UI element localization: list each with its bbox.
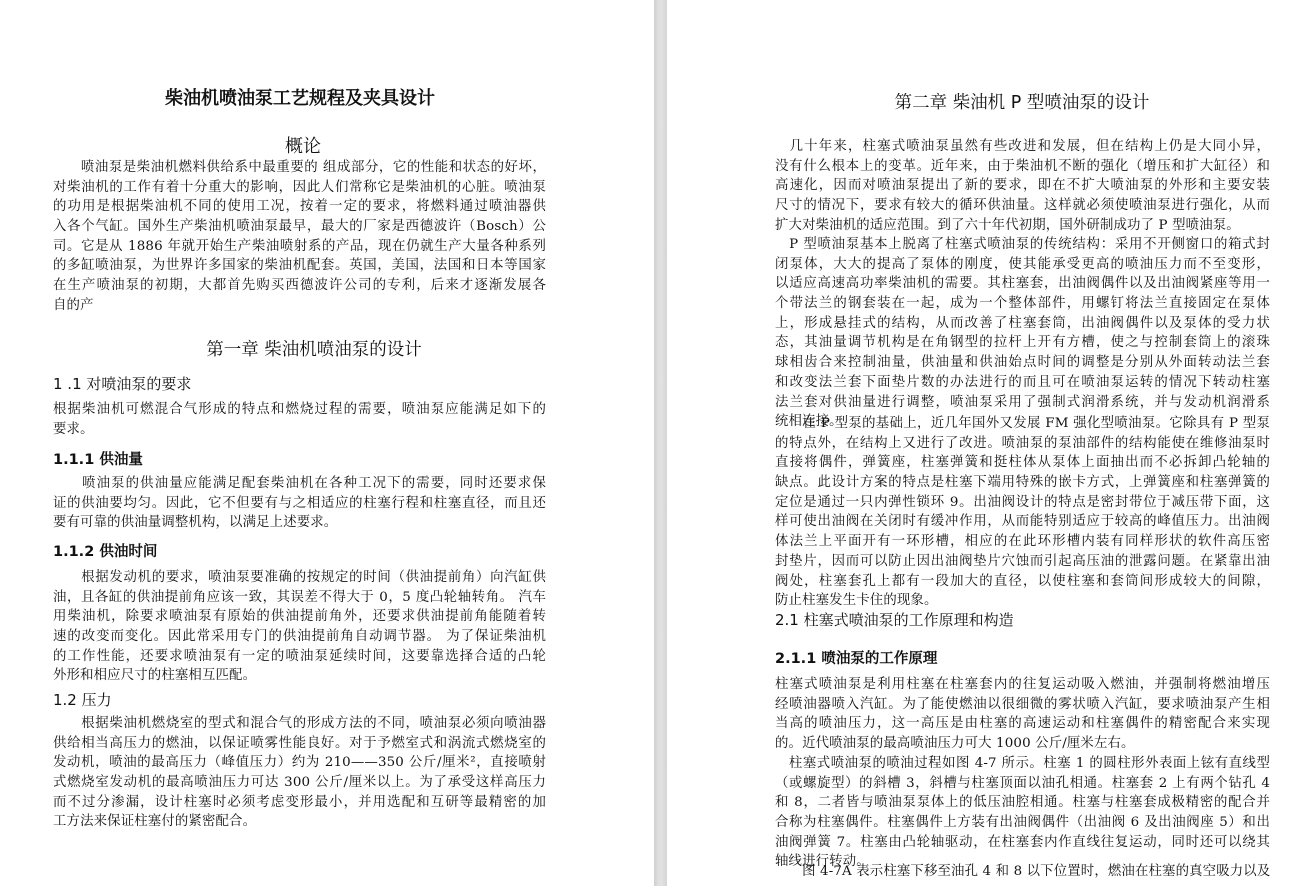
- text-line: 要求。: [53, 420, 546, 440]
- section-1-1-heading: 1 .1 对喷油泵的要求: [53, 373, 191, 394]
- text-line: 用柴油机，除要求喷油泵有原始的供油提前角外，还要求供油提前角能随着转: [53, 607, 546, 627]
- section-1-1-paragraph: 根据柴油机可燃混合气形成的特点和燃烧过程的需要，喷油泵应能满足如下的 要求。: [53, 400, 546, 439]
- chapter-2-paragraph-2: P 型喷油泵基本上脱离了柱塞式喷油泵的传统结构：采用不开侧窗口的箱式封 闭泵体，…: [775, 235, 1270, 432]
- text-line: 喷油泵的供油量应能满足配套柴油机在各种工况下的需要，同时还要求保: [53, 474, 546, 494]
- overview-heading: 概论: [0, 132, 606, 158]
- text-line: 当高的喷油压力，这一高压是由柱塞的高速运动和柱塞偶件的精密配合来实现: [775, 714, 1270, 734]
- section-2-1-1-paragraph-3: 图 4-7A 表示柱塞下移至油孔 4 和 8 以下位置时，燃油在柱塞的真空吸力以…: [775, 862, 1270, 882]
- section-2-1-1-heading: 2.1.1 喷油泵的工作原理: [775, 647, 937, 668]
- text-line: 根据发动机的要求，喷油泵要准确的按规定的时间（供油提前角）向汽缸供: [53, 568, 546, 588]
- section-2-1-1-paragraph-1: 柱塞式喷油泵是利用柱塞在柱塞套内的往复运动吸入燃油，并强制将燃油增压 经喷油器喷…: [775, 675, 1270, 754]
- text-line: 的工作性能，还要求喷油泵有一定的喷油泵延续时间，这要靠选择合适的凸轮: [53, 647, 546, 667]
- section-1-2-heading: 1.2 压力: [53, 689, 112, 710]
- text-line: 的特点外，在结构上又进行了改进。喷油泵的泵油部件的结构能使在维修油泵时: [775, 434, 1270, 454]
- text-line: 油阀弹簧 7。柱塞由凸轮轴驱动，在柱塞套内作直线往复运动，同时还可以绕其: [775, 833, 1270, 853]
- text-line: 球相齿合来控制油量，供油量和供油始点时间的调整是分别从外面转动法兰套: [775, 353, 1270, 373]
- text-line: 扩大对柴油机的适应范围。到了六十年代初期，国外研制成功了 P 型喷油泵。: [775, 216, 1270, 236]
- chapter-2-heading: 第二章 柴油机 P 型喷油泵的设计: [667, 89, 1309, 114]
- text-line: 而不过分渗漏，设计柱塞时必须考虑变形最小，并用选配和互研等最精密的加: [53, 793, 546, 813]
- text-line: 闭泵体，大大的提高了泵体的刚度，使其能承受更高的喷油压力而不至变形，: [775, 255, 1270, 275]
- text-line: 工方法来保证柱塞付的紧密配合。: [53, 812, 546, 832]
- text-line: 定位是通过一只内弹性锁环 9。出油阀设计的特点是密封带位于减压带下面，这: [775, 493, 1270, 513]
- text-line: 柱塞式喷油泵的喷油过程如图 4-7 所示。柱塞 1 的圆柱形外表面上铉有直线型: [775, 754, 1270, 774]
- text-line: 发动机，喷油的最高压力（峰值压力）约为 210——350 公斤/厘米²，直接喷射: [53, 753, 546, 773]
- section-2-1-heading: 2.1 柱塞式喷油泵的工作原理和构造: [775, 609, 1014, 630]
- chapter-2-paragraph-1: 几十年来，柱塞式喷油泵虽然有些改进和发展，但在结构上仍是大同小异， 没有什么根本…: [775, 137, 1270, 235]
- text-line: 态，其油量调节机构是在角钢型的拉杆上开有方槽，使之与控制套筒上的滚珠: [775, 333, 1270, 353]
- document-title: 柴油机喷油泵工艺规程及夹具设计: [0, 84, 600, 110]
- text-line: 尺寸的情况下，要求有较大的循环供油量。这样就必须使喷油泵进行强化，从而: [775, 196, 1270, 216]
- text-line: 和改变法兰套下面垫片数的办法进行的而且可在喷油泵运转的情况下转动柱塞: [775, 373, 1270, 393]
- text-line: 以适应高速高功率柴油机的需要。其柱塞套，出油阀偶件以及出油阀紧座等用一: [775, 274, 1270, 294]
- text-line: 法兰套对供油量进行调整，喷油泵采用了强制式润滑系统，并与发动机润滑系: [775, 393, 1270, 413]
- text-line: P 型喷油泵基本上脱离了柱塞式喷油泵的传统结构：采用不开侧窗口的箱式封: [775, 235, 1270, 255]
- text-line: 入各个气缸。国外生产柴油机喷油泵最早，最大的厂家是西德波许（Bosch）公: [53, 217, 546, 237]
- text-line: 的多缸喷油泵，为世界许多国家的柴油机配套。英国，美国，法国和日本等国家: [53, 256, 546, 276]
- section-1-1-2-heading: 1.1.2 供油时间: [53, 540, 157, 561]
- text-line: 经喷油器喷入汽缸。为了能使燃油以很细微的雾状喷入汽缸，要求喷油泵产生相: [775, 695, 1270, 715]
- section-2-1-1-paragraph-2: 柱塞式喷油泵的喷油过程如图 4-7 所示。柱塞 1 的圆柱形外表面上铉有直线型 …: [775, 754, 1270, 872]
- text-line: 防止柱塞发生卡住的现象。: [775, 591, 1270, 611]
- text-line: 油，且各缸的供油提前角应该一致，其误差不得大于 0，5 度凸轮轴转角。 汽车: [53, 588, 546, 608]
- text-line: 几十年来，柱塞式喷油泵虽然有些改进和发展，但在结构上仍是大同小异，: [775, 137, 1270, 157]
- text-line: 式燃烧室发动机的最高喷油压力可达 300 公斤/厘米以上。为了承受这样高压力: [53, 773, 546, 793]
- text-line: 样可使出油阀在关闭时有缓冲作用，从而能特别适应于较高的峰值压力。出油阀: [775, 512, 1270, 532]
- text-line: （或螺旋型）的斜槽 3，斜槽与柱塞顶面以油孔相通。柱塞套 2 上有两个钻孔 4: [775, 774, 1270, 794]
- text-line: 要有可靠的供油量调整机构，以满足上述要求。: [53, 513, 546, 533]
- text-line: 上，形成悬挂式的结构，从而改善了柱塞套筒，出油阀偶件以及泵体的受力状: [775, 314, 1270, 334]
- section-1-1-1-heading: 1.1.1 供油量: [53, 448, 143, 469]
- text-line: 体法兰上平面开有一环形槽，相应的在此环形槽内装有同样形状的软件高压密: [775, 532, 1270, 552]
- text-line: 柱塞式喷油泵是利用柱塞在柱塞套内的往复运动吸入燃油，并强制将燃油增压: [775, 675, 1270, 695]
- section-1-1-1-paragraph: 喷油泵的供油量应能满足配套柴油机在各种工况下的需要，同时还要求保 证的供油要均匀…: [53, 474, 546, 533]
- text-line: 合称为柱塞偶件。柱塞偶件上方装有出油阀偶件（出油阀 6 及出油阀座 5）和出: [775, 813, 1270, 833]
- chapter-1-heading: 第一章 柴油机喷油泵的设计: [0, 336, 628, 361]
- document-page-right: 第二章 柴油机 P 型喷油泵的设计 几十年来，柱塞式喷油泵虽然有些改进和发展，但…: [667, 0, 1309, 886]
- page-divider: [654, 0, 667, 886]
- text-line: 供给相当高压力的燃油，以保证喷雾性能良好。对于予燃室式和涡流式燃烧室的: [53, 734, 546, 754]
- chapter-2-paragraph-3: 在 P 型泵的基础上，近几年国外又发展 FM 强化型喷油泵。它除具有 P 型泵 …: [775, 414, 1270, 611]
- text-line: 图 4-7A 表示柱塞下移至油孔 4 和 8 以下位置时，燃油在柱塞的真空吸力以…: [775, 862, 1270, 882]
- text-line: 的功用是根据柴油机不同的使用工况，按着一定的要求，将燃料通过喷油器供: [53, 197, 546, 217]
- text-line: 缺点。此设计方案的特点是柱塞下端用特殊的嵌卡方式，上弹簧座和柱塞弹簧的: [775, 473, 1270, 493]
- text-line: 封垫片，因而可以防止因出油阀垫片穴蚀而引起高压油的泄露问题。在紧靠出油: [775, 552, 1270, 572]
- text-line: 司。它是从 1886 年就开始生产柴油喷射系的产品，现在仍就生产大量各种系列: [53, 237, 546, 257]
- text-line: 和 8，二者皆与喷油泵泵体上的低压油腔相通。柱塞与柱塞套成极精密的配合并: [775, 793, 1270, 813]
- text-line: 没有什么根本上的变革。近年来，由于柴油机不断的强化（增压和扩大缸径）和: [775, 157, 1270, 177]
- text-line: 阀处，柱塞套孔上都有一段加大的直径，以使柱塞和套筒间形成较大的间隙，: [775, 572, 1270, 592]
- text-line: 自的产: [53, 296, 546, 316]
- text-line: 在 P 型泵的基础上，近几年国外又发展 FM 强化型喷油泵。它除具有 P 型泵: [775, 414, 1270, 434]
- text-line: 外形和相应尺寸的柱塞相互匹配。: [53, 666, 546, 686]
- text-line: 证的供油要均匀。因此，它不但要有与之相适应的柱塞行程和柱塞直径，而且还: [53, 494, 546, 514]
- overview-paragraph: 喷油泵是柴油机燃料供给系中最重要的 组成部分，它的性能和状态的好坏， 对柴油机的…: [53, 158, 546, 316]
- text-line: 高速化，因而对喷油泵提出了新的要求，即在不扩大喷油泵的外形和主要安装: [775, 176, 1270, 196]
- section-1-2-paragraph: 根据柴油机燃烧室的型式和混合气的形成方法的不同，喷油泵必须向喷油器 供给相当高压…: [53, 714, 546, 832]
- text-line: 根据柴油机燃烧室的型式和混合气的形成方法的不同，喷油泵必须向喷油器: [53, 714, 546, 734]
- text-line: 在生产喷油泵的初期，大都首先购买西德波许公司的专利，后来才逐渐发展各: [53, 276, 546, 296]
- document-page-left: 柴油机喷油泵工艺规程及夹具设计 概论 喷油泵是柴油机燃料供给系中最重要的 组成部…: [0, 0, 654, 886]
- text-line: 直接将偶件，弹簧座，柱塞弹簧和挺柱体从泵体上面抽出而不必拆卸凸轮轴的: [775, 453, 1270, 473]
- text-line: 个带法兰的钢套装在一起，成为一个整体部件，用螺钉将法兰直接固定在泵体: [775, 294, 1270, 314]
- text-line: 喷油泵是柴油机燃料供给系中最重要的 组成部分，它的性能和状态的好坏，: [53, 158, 546, 178]
- text-line: 对柴油机的工作有着十分重大的影响，因此人们常称它是柴油机的心脏。喷油泵: [53, 178, 546, 198]
- text-line: 速的改变而变化。因此常采用专门的供油提前角自动调节器。 为了保证柴油机: [53, 627, 546, 647]
- section-1-1-2-paragraph: 根据发动机的要求，喷油泵要准确的按规定的时间（供油提前角）向汽缸供 油，且各缸的…: [53, 568, 546, 686]
- text-line: 的。近代喷油泵的最高喷油压力可大 1000 公斤/厘米左右。: [775, 734, 1270, 754]
- text-line: 根据柴油机可燃混合气形成的特点和燃烧过程的需要，喷油泵应能满足如下的: [53, 400, 546, 420]
